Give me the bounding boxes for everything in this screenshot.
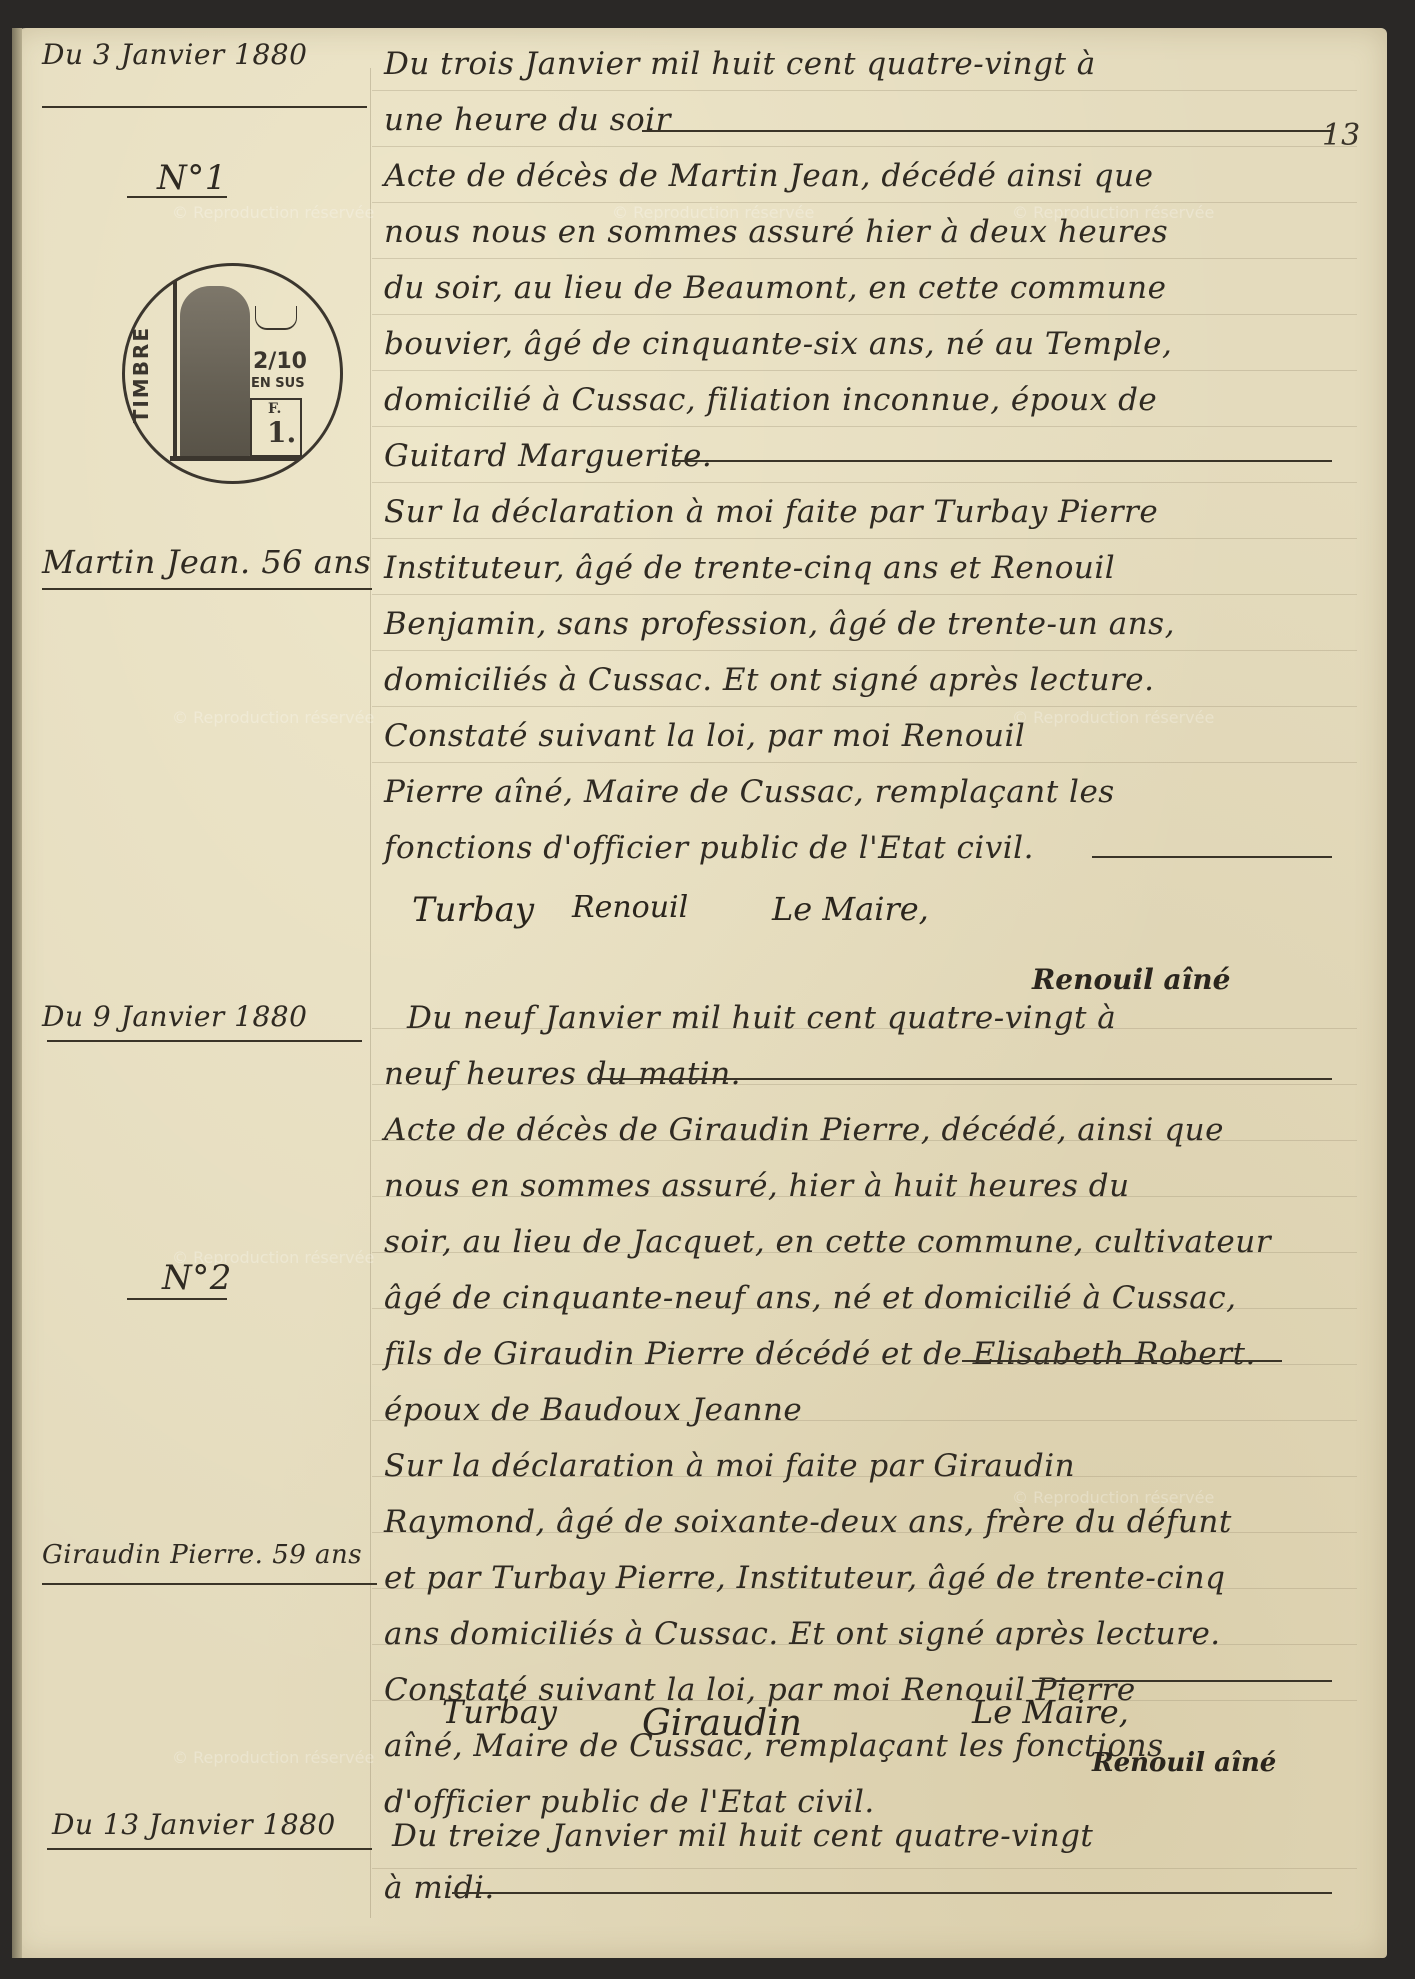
entry-2-line: d'officier public de l'Etat civil. (384, 1784, 875, 1820)
ruled-line (372, 258, 1357, 259)
entry-1-line: Instituteur, âgé de trente-cinq ans et R… (384, 550, 1115, 586)
entry-1-line: fonctions d'officier public de l'Etat ci… (384, 830, 1034, 866)
underline (127, 1298, 227, 1300)
page-number: 13 (1322, 118, 1360, 153)
underline (127, 196, 227, 198)
entry-2-line: neuf heures du matin. (384, 1056, 741, 1092)
signature-le-maire-label: Le Maire, (772, 890, 929, 928)
ruled-line (372, 314, 1357, 315)
entry-1-line: domiciliés à Cussac. Et ont signé après … (384, 662, 1154, 698)
entry-2-line: fils de Giraudin Pierre décédé et de Eli… (384, 1336, 1256, 1372)
underline (42, 1583, 377, 1585)
entry-3-line: Du treize Janvier mil huit cent quatre-v… (392, 1818, 1093, 1854)
stamp-base (170, 456, 300, 461)
underline (42, 588, 372, 590)
underline (1092, 856, 1332, 858)
entry-1-line: une heure du soir (384, 102, 671, 138)
entry-2-line: époux de Baudoux Jeanne (384, 1392, 802, 1428)
ruled-line (372, 146, 1357, 147)
entry-1-margin-name: Martin Jean. 56 ans (42, 543, 371, 581)
entry-1-line: Guitard Marguerite. (384, 438, 712, 474)
entry-2-line: et par Turbay Pierre, Instituteur, âgé d… (384, 1560, 1225, 1596)
ruled-line (372, 594, 1357, 595)
entry-2-line: âgé de cinquante-neuf ans, né et domicil… (384, 1280, 1237, 1316)
underline (1032, 1680, 1332, 1682)
underline (42, 106, 367, 108)
entry-1-line: Du trois Janvier mil huit cent quatre-vi… (384, 46, 1096, 82)
stamp-surcharge: 2/10 (253, 351, 307, 373)
entry-2-line: ans domiciliés à Cussac. Et ont signé ap… (384, 1616, 1221, 1652)
underline (962, 1360, 1282, 1362)
register-page: © Reproduction réservée © Reproduction r… (12, 28, 1387, 1958)
underline (47, 1040, 362, 1042)
binding-edge (12, 28, 22, 1958)
watermark: © Reproduction réservée (172, 1748, 374, 1767)
signature-mayor: Renouil aîné (1032, 963, 1230, 996)
ruled-line (372, 1868, 1357, 1869)
underline (672, 460, 1332, 462)
signature-giraudin: Giraudin (642, 1703, 802, 1744)
watermark: © Reproduction réservée (1012, 708, 1214, 727)
signature-mayor: Renouil aîné (1092, 1748, 1276, 1778)
ruled-line (372, 482, 1357, 483)
ruled-line (372, 370, 1357, 371)
entry-1-line: Acte de décès de Martin Jean, décédé ain… (384, 158, 1153, 194)
entry-2-number: N°2 (162, 1258, 232, 1298)
tax-stamp: TIMBRE 2/10 EN SUS F. 1. (122, 263, 343, 484)
watermark: © Reproduction réservée (172, 708, 374, 727)
underline (597, 1078, 1332, 1080)
scales-icon (255, 306, 297, 330)
entry-2-line: Sur la déclaration à moi faite par Girau… (384, 1448, 1075, 1484)
entry-2-line: Du neuf Janvier mil huit cent quatre-vin… (407, 1000, 1116, 1036)
signature-le-maire-label: Le Maire, (972, 1693, 1129, 1731)
margin-rule (370, 68, 371, 1918)
entry-1-line: Constaté suivant la loi, par moi Renouil (384, 718, 1025, 754)
stamp-label: TIMBRE (129, 326, 153, 423)
entry-1-line: Pierre aîné, Maire de Cussac, remplaçant… (384, 774, 1115, 810)
signature-turbay: Turbay (442, 1693, 557, 1731)
entry-1-margin-date: Du 3 Janvier 1880 (42, 38, 307, 71)
underline (452, 1892, 1332, 1894)
entry-3-line: à midi. (384, 1870, 495, 1906)
underline (47, 1848, 372, 1850)
stamp-value: 1. (267, 416, 296, 449)
stamp-currency: F. (268, 401, 281, 417)
ruled-line (372, 706, 1357, 707)
entry-1-line: nous nous en sommes assuré hier à deux h… (384, 214, 1168, 250)
ruled-line (372, 538, 1357, 539)
justice-figure-icon (180, 286, 250, 461)
underline (642, 130, 1332, 132)
entry-2-margin-date: Du 9 Janvier 1880 (42, 1000, 307, 1033)
entry-1-line: bouvier, âgé de cinquante-six ans, né au… (384, 326, 1172, 362)
ruled-line (372, 650, 1357, 651)
entry-1-line: Benjamin, sans profession, âgé de trente… (384, 606, 1175, 642)
watermark: © Reproduction réservée (172, 203, 374, 222)
entry-3-margin-date: Du 13 Janvier 1880 (52, 1808, 336, 1841)
staff-icon (173, 281, 177, 461)
entry-2-line: Acte de décès de Giraudin Pierre, décédé… (384, 1112, 1224, 1148)
entry-1-line: Sur la déclaration à moi faite par Turba… (384, 494, 1158, 530)
entry-2-line: soir, au lieu de Jacquet, en cette commu… (384, 1224, 1271, 1260)
entry-2-margin-name: Giraudin Pierre. 59 ans (42, 1540, 362, 1570)
ruled-line (372, 426, 1357, 427)
signature-turbay: Turbay (412, 890, 534, 930)
entry-1-line: domicilié à Cussac, filiation inconnue, … (384, 382, 1157, 418)
entry-1-line: du soir, au lieu de Beaumont, en cette c… (384, 270, 1166, 306)
stamp-surcharge-label: EN SUS (251, 376, 305, 391)
ruled-line (372, 762, 1357, 763)
ruled-line (372, 90, 1357, 91)
entry-1-number: N°1 (157, 158, 227, 198)
entry-2-line: Raymond, âgé de soixante-deux ans, frère… (384, 1504, 1232, 1540)
signature-renouil: Renouil (572, 890, 688, 925)
entry-2-line: nous en sommes assuré, hier à huit heure… (384, 1168, 1130, 1204)
